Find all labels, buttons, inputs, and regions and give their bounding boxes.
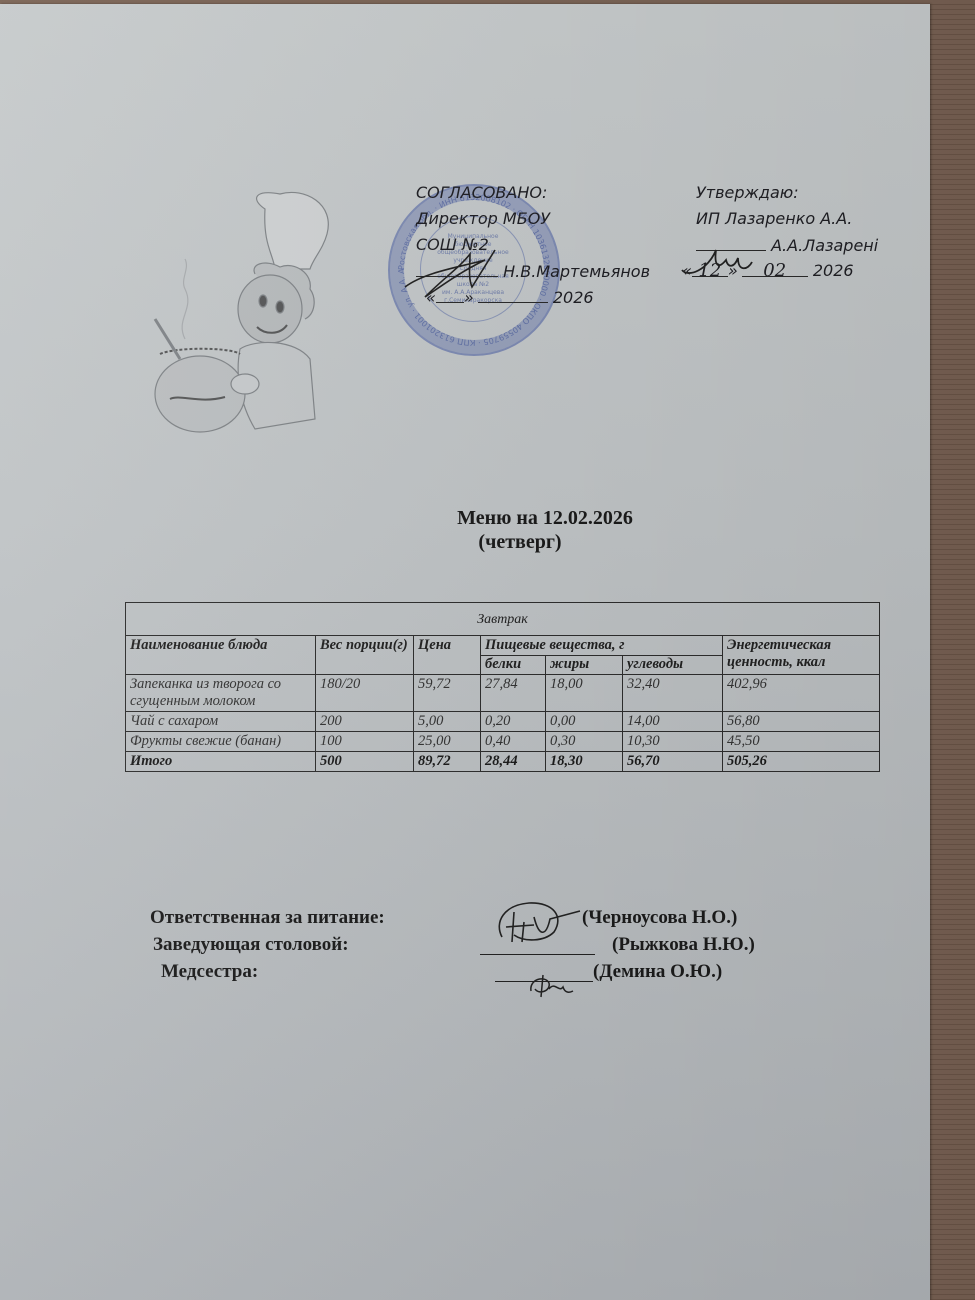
signature-name: (Рыжкова Н.Ю.) xyxy=(612,934,755,956)
signature-name: (Демина О.Ю.) xyxy=(593,961,722,983)
table-row: Фрукты свежие (банан) 100 25,00 0,40 0,3… xyxy=(126,732,880,752)
dish-fats: 0,30 xyxy=(546,732,623,752)
nurse-signature xyxy=(525,971,575,999)
dish-energy: 56,80 xyxy=(723,712,880,732)
header-fats: жиры xyxy=(546,656,623,675)
menu-day: (четверг) xyxy=(0,531,975,554)
agreed-signatory: Н.В.Мартемьянов xyxy=(503,262,650,281)
signature-role: Ответственная за питание: xyxy=(150,907,385,929)
dish-fats: 0,00 xyxy=(546,712,623,732)
dish-proteins: 0,20 xyxy=(481,712,546,732)
signature-role: Медсестра: xyxy=(161,961,258,983)
dish-name: Фрукты свежие (банан) xyxy=(126,732,316,752)
header-name: Наименование блюда xyxy=(126,636,316,675)
menu-title: Меню на 12.02.2026 xyxy=(0,507,975,530)
approved-signatory: А.А.Лазарені xyxy=(771,236,878,255)
agreed-position-line1: Директор МБОУ xyxy=(416,206,650,232)
dish-price: 59,72 xyxy=(414,675,481,712)
dish-weight: 200 xyxy=(316,712,414,732)
signature-name: (Черноусова Н.О.) xyxy=(582,907,737,929)
dish-proteins: 0,40 xyxy=(481,732,546,752)
approved-position: ИП Лазаренко А.А. xyxy=(696,206,878,232)
document-page: Ростовская обл. · ИНН 6132008102 · ОГРН … xyxy=(0,4,930,1300)
signature-role: Заведующая столовой: xyxy=(153,934,349,956)
dish-name: Чай с сахаром xyxy=(126,712,316,732)
dish-price: 5,00 xyxy=(414,712,481,732)
nutrition-responsible-signature xyxy=(484,897,584,949)
dish-proteins: 27,84 xyxy=(481,675,546,712)
approved-year: 2026 xyxy=(813,261,854,280)
menu-table: Завтрак Наименование блюда Вес порции(г)… xyxy=(125,602,880,772)
chef-illustration xyxy=(145,189,335,439)
total-weight: 500 xyxy=(316,752,414,772)
director-signature xyxy=(400,242,510,302)
total-carbs: 56,70 xyxy=(623,752,723,772)
total-proteins: 28,44 xyxy=(481,752,546,772)
approved-heading: Утверждаю: xyxy=(696,180,878,206)
dish-weight: 100 xyxy=(316,732,414,752)
table-row: Запеканка из творога со сгущенным молоко… xyxy=(126,675,880,712)
header-nutrients: Пищевые вещества, г xyxy=(481,636,723,656)
total-row: Итого 500 89,72 28,44 18,30 56,70 505,26 xyxy=(126,752,880,772)
dish-carbs: 14,00 xyxy=(623,712,723,732)
header-weight: Вес порции(г) xyxy=(316,636,414,675)
header-carbs: углеводы xyxy=(623,656,723,675)
dish-carbs: 32,40 xyxy=(623,675,723,712)
dish-energy: 45,50 xyxy=(723,732,880,752)
dish-weight: 180/20 xyxy=(316,675,414,712)
total-fats: 18,30 xyxy=(546,752,623,772)
dish-name: Запеканка из творога со сгущенным молоко… xyxy=(126,675,316,712)
table-row: Чай с сахаром 200 5,00 0,20 0,00 14,00 5… xyxy=(126,712,880,732)
header-price: Цена xyxy=(414,636,481,675)
agreed-heading: СОГЛАСОВАНО: xyxy=(416,180,650,206)
header-proteins: белки xyxy=(481,656,546,675)
dish-fats: 18,00 xyxy=(546,675,623,712)
signature-line xyxy=(480,954,595,955)
total-price: 89,72 xyxy=(414,752,481,772)
header-energy: Энергетическая ценность, ккал xyxy=(723,636,880,675)
total-energy: 505,26 xyxy=(723,752,880,772)
lazarenko-signature xyxy=(678,240,758,280)
dish-energy: 402,96 xyxy=(723,675,880,712)
dish-carbs: 10,30 xyxy=(623,732,723,752)
dish-price: 25,00 xyxy=(414,732,481,752)
total-label: Итого xyxy=(126,752,316,772)
meal-caption: Завтрак xyxy=(126,603,880,636)
agreed-year: 2026 xyxy=(553,288,594,307)
